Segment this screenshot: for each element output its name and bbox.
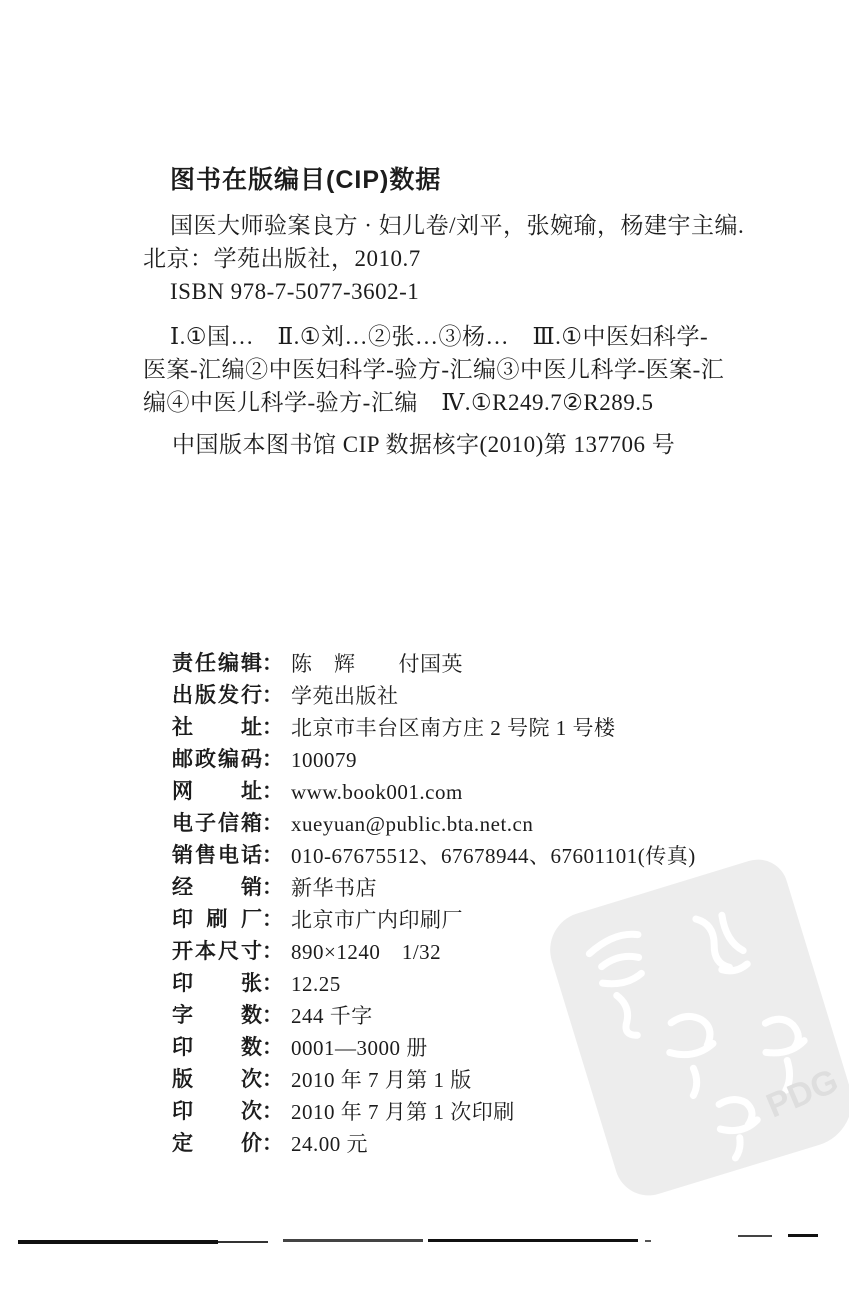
classification-line-3: 编④中医儿科学-验方-汇编 Ⅳ.①R249.7②R289.5 — [143, 386, 724, 419]
pub-colon: ： — [262, 808, 283, 840]
pub-row-distributor: 经销：新华书店 — [172, 872, 696, 904]
classification-paragraph: Ⅰ.①国… Ⅱ.①刘…②张…③杨… Ⅲ.①中医妇科学- 医案-汇编②中医妇科学-… — [143, 320, 724, 419]
pub-label: 印张 — [172, 968, 262, 1000]
pub-row-editor: 责任编辑：陈 辉 付国英 — [172, 648, 696, 680]
pub-value: 北京市广内印刷厂 — [291, 904, 463, 936]
scan-artifact-line — [428, 1239, 638, 1242]
pub-label: 版次 — [172, 1064, 262, 1096]
pub-label: 网址 — [172, 776, 262, 808]
pub-colon: ： — [262, 904, 283, 936]
pub-value: 12.25 — [291, 968, 341, 1000]
scan-artifact-line — [283, 1239, 423, 1242]
biblio-line-1: 国医大师验案良方 · 妇儿卷/刘平，张婉瑜，杨建宇主编. — [143, 209, 744, 242]
pub-label: 字数 — [172, 1000, 262, 1032]
isbn-line: ISBN 978-7-5077-3602-1 — [143, 275, 744, 308]
pub-value: 新华书店 — [291, 872, 377, 904]
book-copyright-page: 图书在版编目(CIP)数据 国医大师验案良方 · 妇儿卷/刘平，张婉瑜，杨建宇主… — [0, 0, 849, 1307]
pub-row-sales-phone: 销售电话：010-67675512、67678944、67601101(传真) — [172, 840, 696, 872]
classification-line-2: 医案-汇编②中医妇科学-验方-汇编③中医儿科学-医案-汇 — [143, 353, 724, 386]
pub-value: 100079 — [291, 744, 357, 776]
pub-label: 印次 — [172, 1096, 262, 1128]
pub-label: 责任编辑 — [172, 648, 262, 680]
pub-value: 北京市丰台区南方庄 2 号院 1 号楼 — [291, 712, 616, 744]
pub-colon: ： — [262, 936, 283, 968]
scan-artifact-line — [788, 1234, 818, 1237]
scan-artifact-line — [645, 1240, 651, 1242]
pub-value: 2010 年 7 月第 1 次印刷 — [291, 1096, 515, 1128]
pub-colon: ： — [262, 1000, 283, 1032]
pub-value: 890×1240 1/32 — [291, 936, 441, 968]
pub-value: 0001—3000 册 — [291, 1032, 428, 1064]
pub-value: 24.00 元 — [291, 1128, 368, 1160]
pub-value: 2010 年 7 月第 1 版 — [291, 1064, 472, 1096]
classification-line-1: Ⅰ.①国… Ⅱ.①刘…②张…③杨… Ⅲ.①中医妇科学- — [143, 320, 724, 353]
pub-value: 010-67675512、67678944、67601101(传真) — [291, 840, 696, 872]
pub-label: 印数 — [172, 1032, 262, 1064]
cip-header: 图书在版编目(CIP)数据 — [170, 160, 441, 196]
pub-colon: ： — [262, 1128, 283, 1160]
pub-value: xueyuan@public.bta.net.cn — [291, 808, 533, 840]
pub-value: www.book001.com — [291, 776, 463, 808]
pub-colon: ： — [262, 712, 283, 744]
pub-colon: ： — [262, 1064, 283, 1096]
pub-label: 电子信箱 — [172, 808, 262, 840]
pub-label: 社址 — [172, 712, 262, 744]
pub-label: 销售电话 — [172, 840, 262, 872]
cip-record-note: 中国版本图书馆 CIP 数据核字(2010)第 137706 号 — [172, 426, 675, 459]
pub-value: 学苑出版社 — [291, 680, 399, 712]
pub-row-email: 电子信箱：xueyuan@public.bta.net.cn — [172, 808, 696, 840]
pub-colon: ： — [262, 648, 283, 680]
pub-label: 出版发行 — [172, 680, 262, 712]
pub-colon: ： — [262, 872, 283, 904]
pub-row-postcode: 邮政编码：100079 — [172, 744, 696, 776]
pub-row-address: 社址：北京市丰台区南方庄 2 号院 1 号楼 — [172, 712, 696, 744]
pub-colon: ： — [262, 968, 283, 1000]
scan-artifact-line — [738, 1235, 772, 1237]
pub-label: 开本尺寸 — [172, 936, 262, 968]
pub-label: 定价 — [172, 1128, 262, 1160]
pub-value: 陈 辉 付国英 — [291, 648, 463, 680]
pub-colon: ： — [262, 680, 283, 712]
pub-row-publisher: 出版发行：学苑出版社 — [172, 680, 696, 712]
pub-row-website: 网址：www.book001.com — [172, 776, 696, 808]
pub-colon: ： — [262, 1032, 283, 1064]
pub-colon: ： — [262, 776, 283, 808]
scan-artifact-line — [218, 1241, 268, 1243]
pub-value: 244 千字 — [291, 1000, 373, 1032]
pub-label: 邮政编码 — [172, 744, 262, 776]
scan-artifact-line — [18, 1240, 218, 1244]
pub-colon: ： — [262, 744, 283, 776]
biblio-line-2: 北京：学苑出版社，2010.7 — [143, 242, 744, 275]
pub-colon: ： — [262, 1096, 283, 1128]
biblio-paragraph: 国医大师验案良方 · 妇儿卷/刘平，张婉瑜，杨建宇主编. 北京：学苑出版社，20… — [143, 209, 744, 308]
pub-label: 印刷厂 — [172, 904, 262, 936]
pub-label: 经销 — [172, 872, 262, 904]
pub-colon: ： — [262, 840, 283, 872]
